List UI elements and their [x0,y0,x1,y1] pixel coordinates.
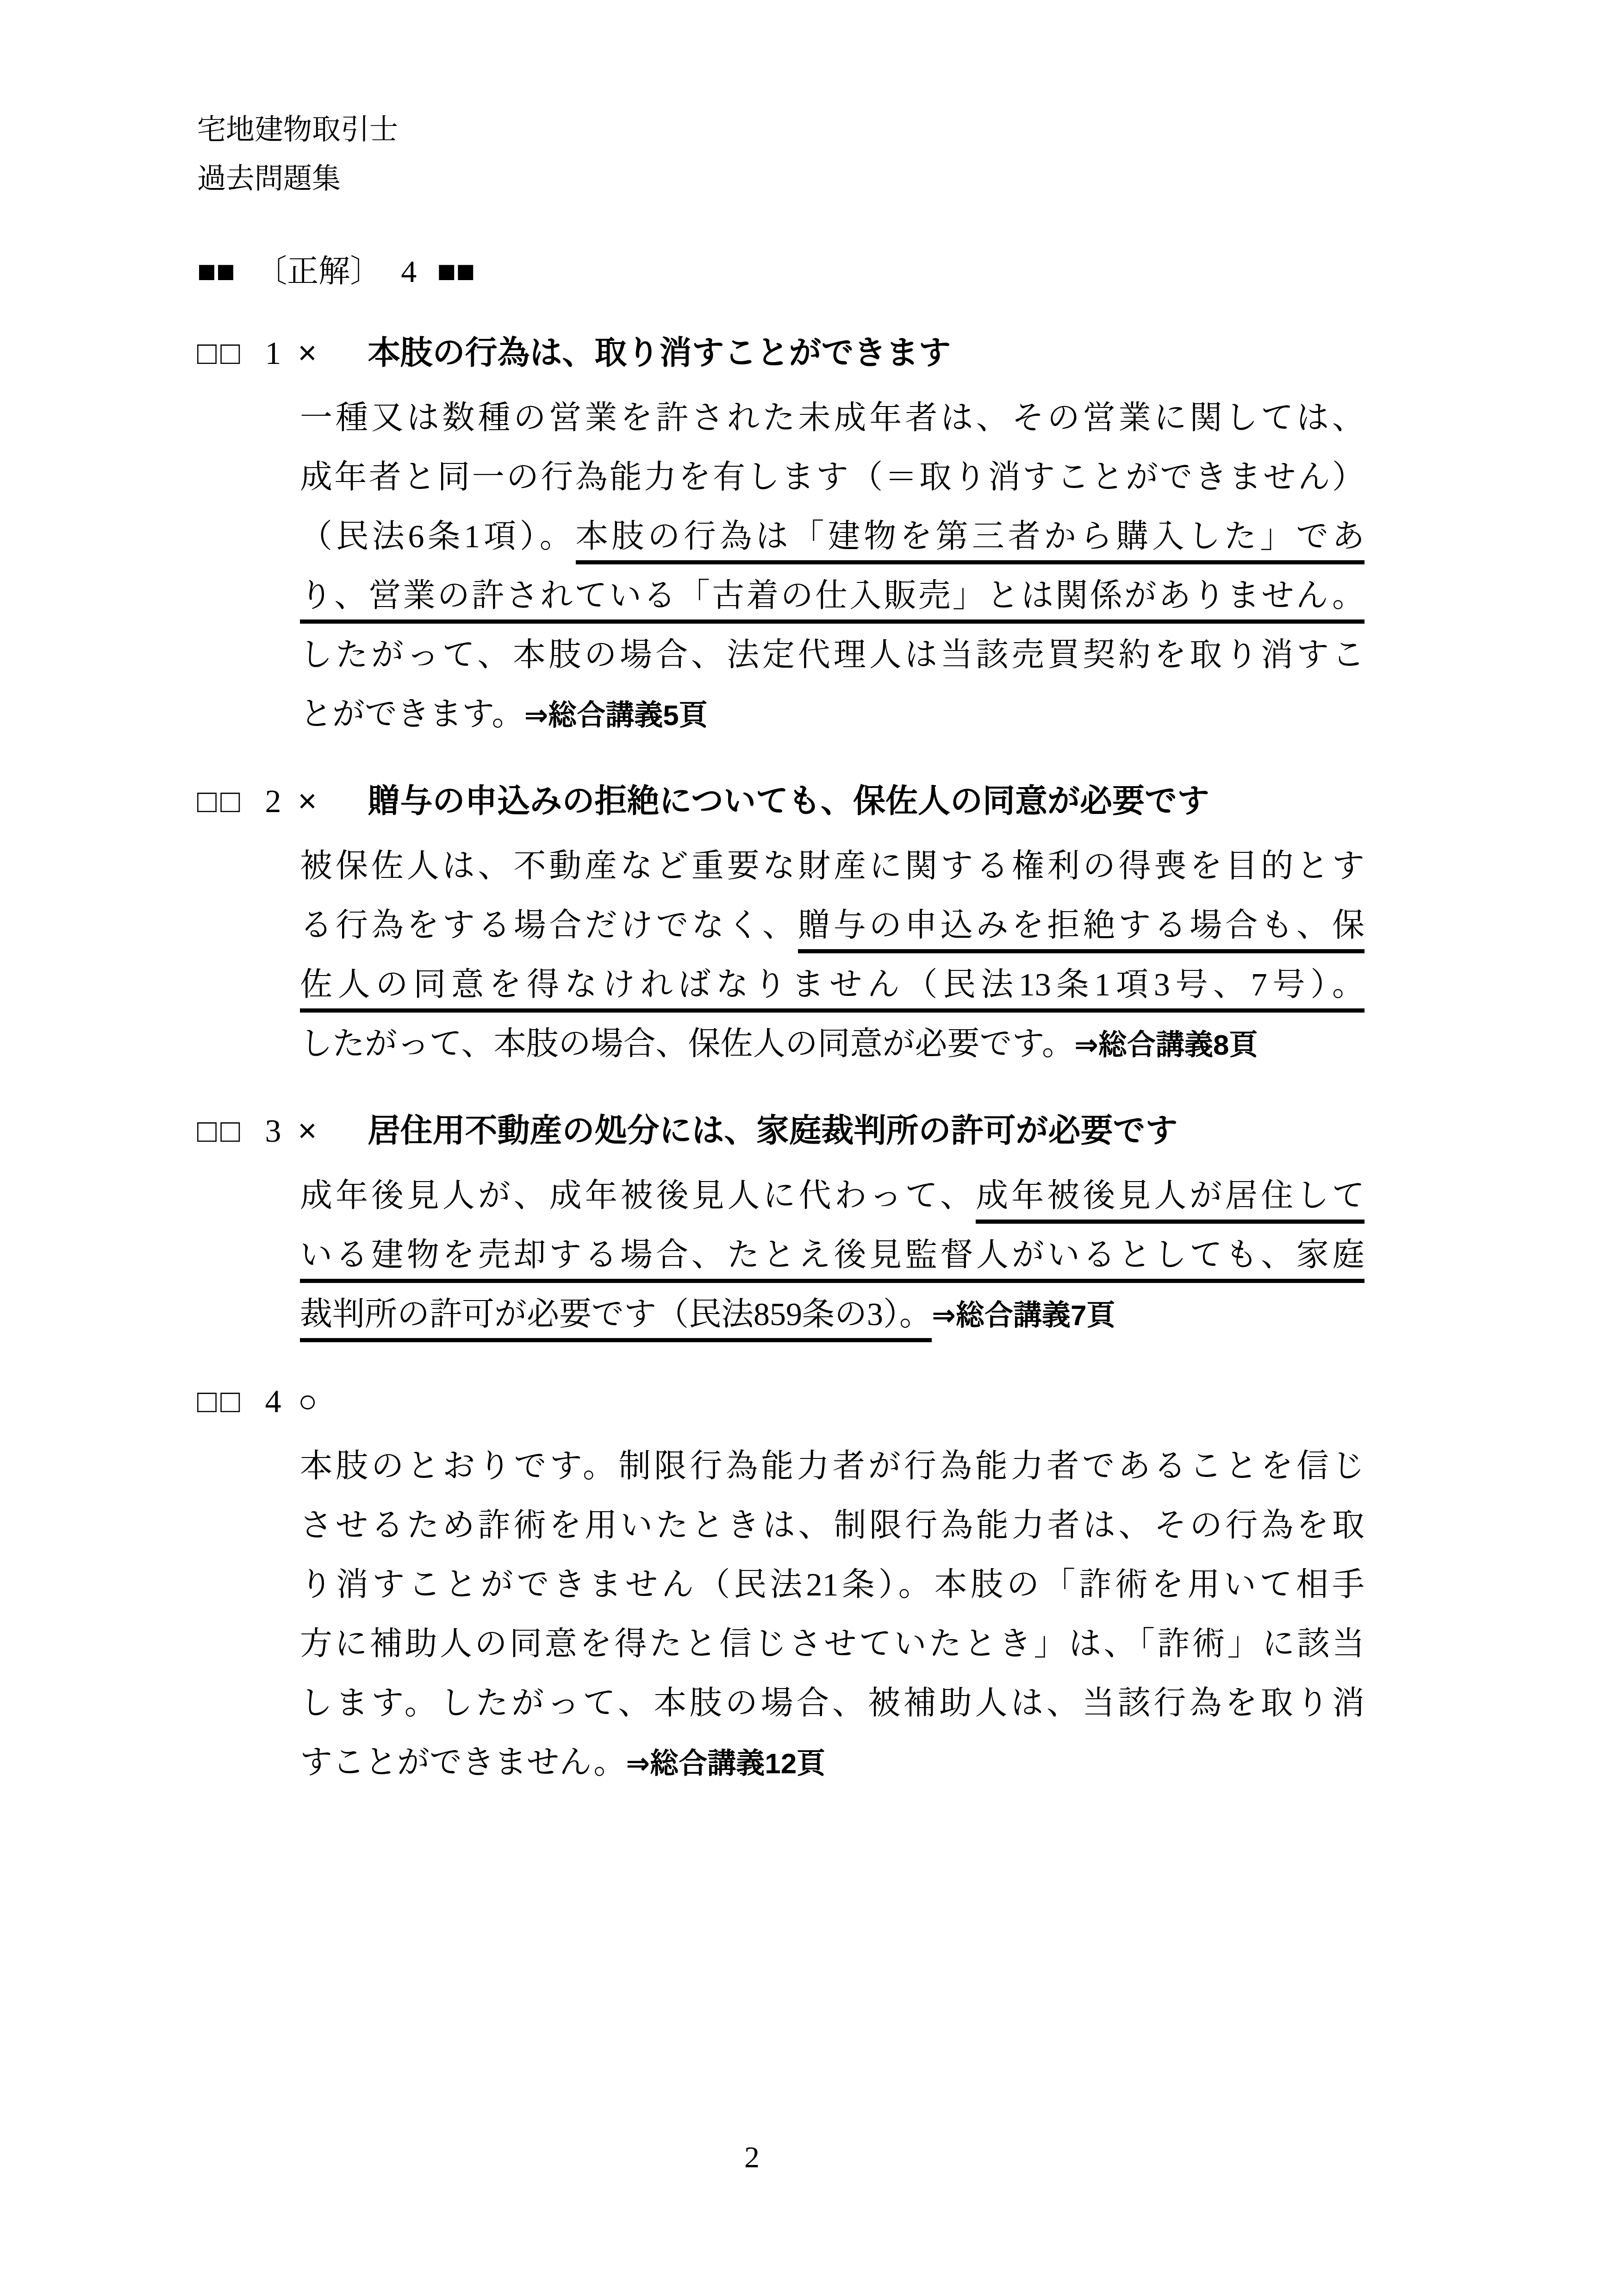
checkbox-squares-icon: □□ [197,1383,244,1419]
text-segment: 成年者と同一の行為能力を有します（＝取り消すことができません） [300,460,1365,495]
item-title: 居住用不動産の処分には、家庭裁判所の許可が必要です [368,1113,1178,1149]
item-body: 本肢のとおりです。制限行為能力者が行為能力者であることを信じ させるため詐術を用… [300,1437,1365,1794]
text-segment: させるため詐術を用いたときは、制限行為能力者は、その行為を取 [300,1508,1365,1544]
item-number: 2 [265,784,281,820]
text-segment: （民法6条1項）。 [300,519,576,555]
body-line: る行為をする場合だけでなく、贈与の申込みを拒絶する場合も、保 [300,896,1365,956]
checkbox-squares-icon: □□ [197,783,244,819]
body-line: させるため詐術を用いたときは、制限行為能力者は、その行為を取 [300,1496,1365,1556]
correct-label: 〔正解〕 [255,254,381,289]
item-heading: □□3×居住用不動産の処分には、家庭裁判所の許可が必要です [197,1107,1620,1155]
item-number: 1 [265,336,281,371]
lecture-reference: ⇒総合講義7頁 [932,1300,1115,1332]
body-line: したがって、本肢の場合、法定代理人は当該売買契約を取り消すこ [300,626,1365,685]
filled-squares-icon: ■■ [437,254,475,289]
cross-mark-icon: × [298,1113,317,1149]
page-number: 2 [744,2140,760,2175]
underlined-text: いる建物を売却する場合、たとえ後見監督人がいるとしても、家庭 [300,1238,1365,1283]
cross-mark-icon: × [298,783,317,819]
text-segment: 成年後見人が、成年被後見人に代わって、 [300,1178,976,1214]
underlined-text: 成年被後見人が居住して [976,1178,1365,1224]
item-heading: □□1×本肢の行為は、取り消すことができます [197,330,1620,377]
body-line: り消すことができません（民法21条）。本肢の「詐術を用いて相手 [300,1556,1365,1615]
item-heading: □□4○ [197,1378,1620,1425]
body-line: 方に補助人の同意を得たと信じさせていたとき」は、「詐術」に該当 [300,1615,1365,1674]
body-line: 成年者と同一の行為能力を有します（＝取り消すことができません） [300,448,1365,507]
correct-answer-banner: ■■〔正解〕4■■ [197,249,475,294]
body-line: します。したがって、本肢の場合、被補助人は、当該行為を取り消 [300,1674,1365,1733]
text-segment: したがって、本肢の場合、法定代理人は当該売買契約を取り消すこ [300,638,1365,673]
text-segment: すことができません。 [300,1745,626,1781]
text-segment: る行為をする場合だけでなく、 [300,908,798,944]
answer-item-2: □□2×贈与の申込みの拒絶についても、保佐人の同意が必要です 被保佐人は、不動産… [0,778,1620,1075]
item-body: 成年後見人が、成年被後見人に代わって、成年被後見人が居住して いる建物を売却する… [300,1167,1365,1345]
text-segment: 被保佐人は、不動産など重要な財産に関する権利の得喪を目的とす [300,849,1365,884]
lecture-reference: ⇒総合講義5頁 [524,700,707,732]
item-title: 贈与の申込みの拒絶についても、保佐人の同意が必要です [368,783,1209,819]
underlined-text: 贈与の申込みを拒絶する場合も、保 [798,908,1365,953]
item-title: 本肢の行為は、取り消すことができます [368,335,951,371]
text-segment: 本肢のとおりです。制限行為能力者が行為能力者であることを信じ [300,1449,1365,1484]
text-segment: とができます。 [300,697,524,732]
item-number: 4 [265,1384,281,1420]
page: { "header": { "line1": "宅地建物取引士", "line2… [0,0,1620,2296]
answer-item-3: □□3×居住用不動産の処分には、家庭裁判所の許可が必要です 成年後見人が、成年被… [0,1107,1620,1345]
body-line: いる建物を売却する場合、たとえ後見監督人がいるとしても、家庭 [300,1226,1365,1285]
text-segment: します。したがって、本肢の場合、被補助人は、当該行為を取り消 [300,1686,1365,1721]
text-segment: 方に補助人の同意を得たと信じさせていたとき」は、「詐術」に該当 [300,1627,1365,1662]
text-segment: したがって、本肢の場合、保佐人の同意が必要です。 [300,1026,1074,1062]
book-subtitle: 過去問題集 [197,155,398,204]
correct-answer-number: 4 [401,254,417,289]
checkbox-squares-icon: □□ [197,335,244,371]
book-title: 宅地建物取引士 [197,106,398,155]
underlined-text: 裁判所の許可が必要です（民法859条の3）。 [300,1297,932,1342]
checkbox-squares-icon: □□ [197,1113,244,1149]
body-line: り、営業の許されている「古着の仕入販売」とは関係がありません。 [300,567,1365,626]
body-line: 被保佐人は、不動産など重要な財産に関する権利の得喪を目的とす [300,837,1365,896]
body-line: したがって、本肢の場合、保佐人の同意が必要です。⇒総合講義8頁 [300,1015,1365,1075]
cross-mark-icon: × [298,335,317,371]
item-body: 一種又は数種の営業を許された未成年者は、その営業に関しては、 成年者と同一の行為… [300,389,1365,745]
item-heading: □□2×贈与の申込みの拒絶についても、保佐人の同意が必要です [197,778,1620,825]
item-body: 被保佐人は、不動産など重要な財産に関する権利の得喪を目的とす る行為をする場合だ… [300,837,1365,1075]
underlined-text: り、営業の許されている「古着の仕入販売」とは関係がありません。 [300,578,1365,624]
body-line: （民法6条1項）。本肢の行為は「建物を第三者から購入した」であ [300,507,1365,567]
underlined-text: 佐人の同意を得なければなりません（民法13条1項3号、7号）。 [300,967,1365,1013]
text-segment: 一種又は数種の営業を許された未成年者は、その営業に関しては、 [300,400,1365,436]
body-line: 佐人の同意を得なければなりません（民法13条1項3号、7号）。 [300,956,1365,1015]
filled-squares-icon: ■■ [197,254,235,289]
body-line: すことができません。⇒総合講義12頁 [300,1733,1365,1794]
answer-item-1: □□1×本肢の行為は、取り消すことができます 一種又は数種の営業を許された未成年… [0,330,1620,745]
body-line: とができます。⇒総合講義5頁 [300,685,1365,745]
text-segment: り消すことができません（民法21条）。本肢の「詐術を用いて相手 [300,1567,1365,1603]
book-title-block: 宅地建物取引士 過去問題集 [197,106,398,204]
circle-mark-icon: ○ [298,1383,318,1419]
item-number: 3 [265,1114,281,1149]
body-line: 裁判所の許可が必要です（民法859条の3）。⇒総合講義7頁 [300,1285,1365,1345]
body-line: 一種又は数種の営業を許された未成年者は、その営業に関しては、 [300,389,1365,448]
answer-item-4: □□4○ 本肢のとおりです。制限行為能力者が行為能力者であることを信じ させるた… [0,1378,1620,1794]
body-line: 本肢のとおりです。制限行為能力者が行為能力者であることを信じ [300,1437,1365,1496]
lecture-reference: ⇒総合講義8頁 [1074,1029,1258,1061]
body-line: 成年後見人が、成年被後見人に代わって、成年被後見人が居住して [300,1167,1365,1226]
lecture-reference: ⇒総合講義12頁 [626,1748,825,1780]
underlined-text: 本肢の行為は「建物を第三者から購入した」であ [576,519,1365,564]
